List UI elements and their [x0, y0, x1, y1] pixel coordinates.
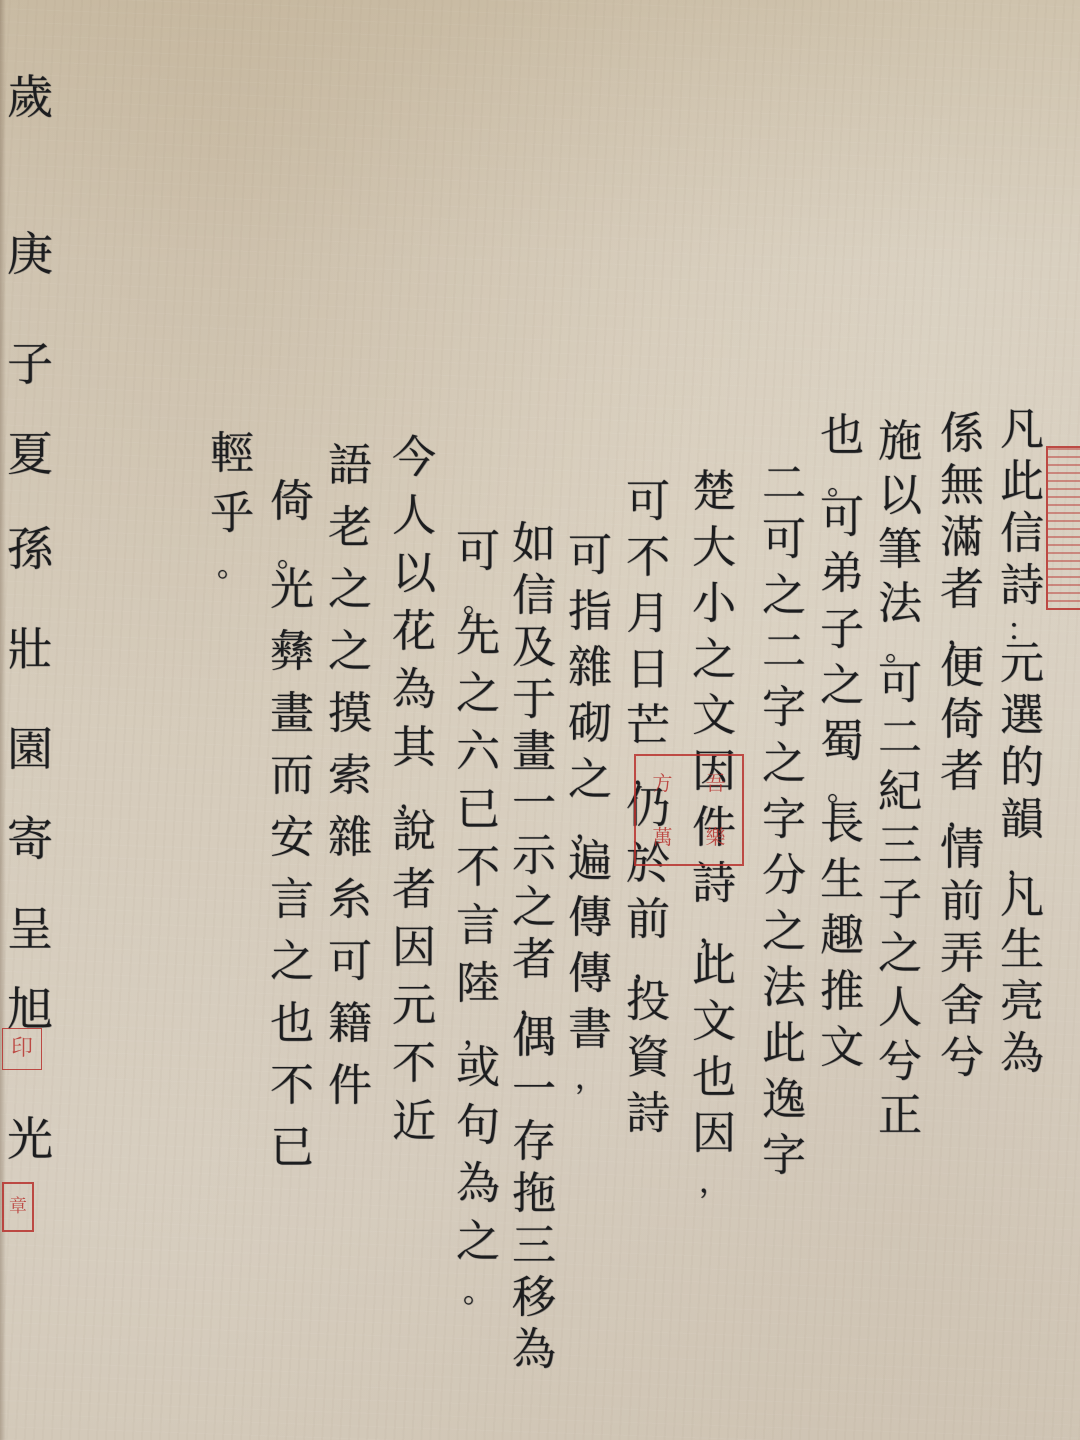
calligraphy-char: 為 — [995, 1032, 1049, 1084]
seal-char: 萬 — [636, 827, 689, 847]
calligraphy-char: 如 — [507, 522, 561, 574]
seal-center-square: 方 吾 萬 樂 — [634, 754, 744, 866]
calligraphy-char: 示 — [507, 834, 561, 886]
calligraphy-char: 詩 — [995, 564, 1049, 616]
seal-char: 吾 — [689, 773, 742, 793]
text-column-1: 凡此信詩：元選的韻，凡生亮為 — [995, 408, 1049, 1084]
calligraphy-char: 凡 — [995, 876, 1049, 928]
calligraphy-char: 元 — [995, 642, 1049, 694]
text-column-14: 輕乎。 — [205, 432, 259, 578]
calligraphy-char: 月 — [621, 592, 675, 648]
calligraphy-char: 不 — [451, 846, 505, 904]
seal-side-bottom: 章 — [2, 1182, 34, 1232]
calligraphy-char: 的 — [995, 746, 1049, 798]
text-column-13: 倚。光彝畫而安言之也不已 — [265, 480, 319, 1188]
calligraphy-char: 之 — [323, 568, 377, 630]
calligraphy-char: 而 — [265, 754, 319, 816]
calligraphy-char: 小 — [687, 582, 741, 638]
text-column-4: 也。可弟子之蜀。長生趣推文 — [815, 414, 869, 1082]
calligraphy-char: 之 — [451, 1220, 505, 1278]
calligraphy-char: 因 — [387, 926, 441, 984]
calligraphy-char: 兮 — [873, 1040, 927, 1094]
calligraphy-char: 可 — [757, 518, 811, 574]
calligraphy-char: 三 — [507, 1224, 561, 1276]
calligraphy-char: 為 — [387, 668, 441, 726]
calligraphy-char: 此 — [757, 1022, 811, 1078]
calligraphy-char: 已 — [451, 788, 505, 846]
calligraphy-char: 糸 — [323, 878, 377, 940]
calligraphy-char: 選 — [995, 694, 1049, 746]
calligraphy-char: 畫 — [265, 692, 319, 754]
text-column-11: 今人以花為其，說者因元不近 — [387, 436, 441, 1158]
calligraphy-char: 係 — [935, 412, 989, 464]
calligraphy-char: 語 — [323, 444, 377, 506]
calligraphy-char: 詩 — [621, 1092, 675, 1148]
calligraphy-char: 存 — [507, 1120, 561, 1172]
calligraphy-char: 陸 — [451, 962, 505, 1020]
calligraphy-char: 也 — [815, 414, 869, 470]
calligraphy-char: 亮 — [995, 980, 1049, 1032]
calligraphy-char: 彝 — [265, 630, 319, 692]
calligraphy-char: 及 — [507, 626, 561, 678]
calligraphy-char: 楚 — [687, 470, 741, 526]
calligraphy-char: 之 — [323, 630, 377, 692]
text-column-2: 係無滿者，便倚者，情前弄舍兮 — [935, 412, 989, 1088]
calligraphy-char: 信 — [507, 574, 561, 626]
calligraphy-char: 砌 — [563, 702, 617, 758]
calligraphy-char: 人 — [873, 986, 927, 1040]
text-column-8: 可指雜砌之，遍傳傳書， — [563, 534, 617, 1090]
calligraphy-char: 子 — [873, 878, 927, 932]
text-column-3: 施以筆法。可二紀三子之人兮正 — [873, 420, 927, 1148]
calligraphy-char: 推 — [815, 970, 869, 1026]
calligraphy-char: ， — [687, 1168, 741, 1194]
calligraphy-char: 正 — [873, 1094, 927, 1148]
calligraphy-char: 寄 — [0, 790, 60, 888]
calligraphy-char: 不 — [621, 536, 675, 592]
calligraphy-char: 日 — [621, 648, 675, 704]
calligraphy-char: 元 — [387, 984, 441, 1042]
calligraphy-char: 可 — [621, 480, 675, 536]
seal-char: 方 — [636, 773, 689, 793]
calligraphy-char: 其 — [387, 726, 441, 784]
calligraphy-char: 弟 — [815, 552, 869, 608]
calligraphy-char: 之 — [815, 664, 869, 720]
calligraphy-char: 滿 — [935, 516, 989, 568]
calligraphy-char: 韻 — [995, 798, 1049, 850]
calligraphy-char: 者 — [507, 938, 561, 990]
calligraphy-char: 書 — [563, 1008, 617, 1064]
calligraphy-char: 光 — [265, 568, 319, 630]
calligraphy-char: 趣 — [815, 914, 869, 970]
calligraphy-char: 子 — [0, 315, 60, 413]
calligraphy-char: 之 — [507, 886, 561, 938]
calligraphy-char: 此 — [995, 460, 1049, 512]
calligraphy-char: 投 — [621, 980, 675, 1036]
text-column-5: 二可之二字之字分之法此逸字 — [757, 462, 811, 1190]
seal-side-small-upper: 印 — [2, 1028, 42, 1070]
calligraphy-char: 分 — [757, 854, 811, 910]
calligraphy-char: 已 — [265, 1126, 319, 1188]
calligraphy-char: 之 — [563, 758, 617, 814]
calligraphy-char: 之 — [873, 932, 927, 986]
calligraphy-char: 之 — [757, 910, 811, 966]
calligraphy-char: 蜀 — [815, 720, 869, 776]
calligraphy-char: 芒 — [621, 704, 675, 760]
calligraphy-char: 以 — [387, 552, 441, 610]
calligraphy-char: 句 — [451, 1104, 505, 1162]
calligraphy-char: 傳 — [563, 952, 617, 1008]
calligraphy-char: 之 — [265, 940, 319, 1002]
calligraphy-char: 花 — [387, 610, 441, 668]
calligraphy-char: 六 — [451, 730, 505, 788]
calligraphy-char: 法 — [873, 582, 927, 636]
calligraphy-char: 二 — [873, 716, 927, 770]
calligraphy-char: 人 — [387, 494, 441, 552]
calligraphy-char: 孫 — [0, 500, 60, 598]
calligraphy-char: 先 — [451, 614, 505, 672]
calligraphy-char: 可 — [451, 530, 505, 588]
calligraphy-char: 之 — [757, 742, 811, 798]
calligraphy-char: 二 — [757, 630, 811, 686]
calligraphy-char: 文 — [815, 1026, 869, 1082]
calligraphy-char: 不 — [387, 1042, 441, 1100]
calligraphy-char: 輕 — [205, 432, 259, 492]
calligraphy-char: 之 — [451, 672, 505, 730]
calligraphy-char: 為 — [507, 1328, 561, 1380]
calligraphy-char: 此 — [687, 944, 741, 1000]
calligraphy-char: 資 — [621, 1036, 675, 1092]
calligraphy-char: 前 — [621, 898, 675, 954]
calligraphy-char: 可 — [563, 534, 617, 590]
calligraphy-char: 字 — [757, 686, 811, 742]
calligraphy-char: 生 — [995, 928, 1049, 980]
calligraphy-char: 畫 — [507, 730, 561, 782]
calligraphy-char: 也 — [265, 1002, 319, 1064]
calligraphy-char: 凡 — [995, 408, 1049, 460]
calligraphy-char: 文 — [687, 1000, 741, 1056]
seal-char: 樂 — [689, 827, 742, 847]
calligraphy-char: 可 — [815, 496, 869, 552]
calligraphy-char: 倚 — [935, 698, 989, 750]
calligraphy-char: 傳 — [563, 896, 617, 952]
calligraphy-char: 無 — [935, 464, 989, 516]
calligraphy-char: 可 — [323, 940, 377, 1002]
calligraphy-char: 字 — [757, 798, 811, 854]
calligraphy-char: 言 — [451, 904, 505, 962]
calligraphy-char: 便 — [935, 646, 989, 698]
text-column-9: 如信及于畫一示之者，偶一存拖三移為 — [507, 522, 561, 1380]
calligraphy-char: 子 — [815, 608, 869, 664]
calligraphy-char: 籍 — [323, 1002, 377, 1064]
calligraphy-char: 弄 — [935, 932, 989, 984]
calligraphy-char: 為 — [451, 1162, 505, 1220]
calligraphy-char: 一 — [507, 782, 561, 834]
calligraphy-char: 光 — [0, 1090, 60, 1188]
calligraphy-char: 生 — [815, 858, 869, 914]
calligraphy-char: 件 — [323, 1064, 377, 1126]
calligraphy-char: 指 — [563, 590, 617, 646]
calligraphy-char: 之 — [687, 638, 741, 694]
calligraphy-char: 摸 — [323, 692, 377, 754]
calligraphy-char: 前 — [935, 880, 989, 932]
calligraphy-char: 紀 — [873, 770, 927, 824]
calligraphy-char: 安 — [265, 816, 319, 878]
calligraphy-char: 老 — [323, 506, 377, 568]
calligraphy-char: 于 — [507, 678, 561, 730]
calligraphy-char: 園 — [0, 700, 60, 798]
text-column-12: 語老之之摸索雜糸可籍件 — [323, 444, 377, 1126]
calligraphy-char: 索 — [323, 754, 377, 816]
calligraphy-char: ， — [563, 1064, 617, 1090]
calligraphy-char: 大 — [687, 526, 741, 582]
calligraphy-char: 偶 — [507, 1016, 561, 1068]
calligraphy-char: 可 — [873, 662, 927, 716]
text-column-10: 可。先之六已不言陸，或句為之。 — [451, 530, 505, 1304]
calligraphy-char: 雜 — [323, 816, 377, 878]
calligraphy-char: 法 — [757, 966, 811, 1022]
calligraphy-char: 信 — [995, 512, 1049, 564]
calligraphy-char: 三 — [873, 824, 927, 878]
calligraphy-char: 拖 — [507, 1172, 561, 1224]
calligraphy-char: 歲 — [0, 48, 60, 146]
calligraphy-char: 逸 — [757, 1078, 811, 1134]
calligraphy-char: 施 — [873, 420, 927, 474]
calligraphy-char: 近 — [387, 1100, 441, 1158]
calligraphy-char: 遍 — [563, 840, 617, 896]
calligraphy-char: 二 — [757, 462, 811, 518]
calligraphy-char: 筆 — [873, 528, 927, 582]
seal-char: 印 — [11, 1038, 33, 1060]
calligraphy-char: 言 — [265, 878, 319, 940]
calligraphy-char: 夏 — [0, 405, 60, 503]
calligraphy-char: 者 — [387, 868, 441, 926]
calligraphy-char: 文 — [687, 694, 741, 750]
calligraphy-char: 因 — [687, 1112, 741, 1168]
calligraphy-char: 雜 — [563, 646, 617, 702]
calligraphy-char: 字 — [757, 1134, 811, 1190]
calligraphy-char: 不 — [265, 1064, 319, 1126]
calligraphy-char: 詩 — [687, 862, 741, 918]
calligraphy-char: 或 — [451, 1046, 505, 1104]
calligraphy-char: 倚 — [265, 480, 319, 542]
calligraphy-char: 。 — [205, 552, 259, 578]
calligraphy-char: 乎 — [205, 492, 259, 552]
calligraphy-char: 移 — [507, 1276, 561, 1328]
seal-right-edge — [1046, 446, 1080, 610]
seal-char: 章 — [9, 1198, 27, 1216]
calligraphy-char: 者 — [935, 568, 989, 620]
calligraphy-char: 壯 — [0, 600, 60, 698]
calligraphy-char: 一 — [507, 1068, 561, 1120]
calligraphy-char: 長 — [815, 802, 869, 858]
calligraphy-char: 之 — [757, 574, 811, 630]
calligraphy-char: 。 — [451, 1278, 505, 1304]
calligraphy-char: 說 — [387, 810, 441, 868]
calligraphy-char: 舍 — [935, 984, 989, 1036]
calligraphy-char: 庚 — [0, 205, 60, 303]
calligraphy-char: 者 — [935, 750, 989, 802]
calligraphy-char: 今 — [387, 436, 441, 494]
calligraphy-char: 情 — [935, 828, 989, 880]
calligraphy-char: 以 — [873, 474, 927, 528]
calligraphy-char: 兮 — [935, 1036, 989, 1088]
calligraphy-char: 也 — [687, 1056, 741, 1112]
